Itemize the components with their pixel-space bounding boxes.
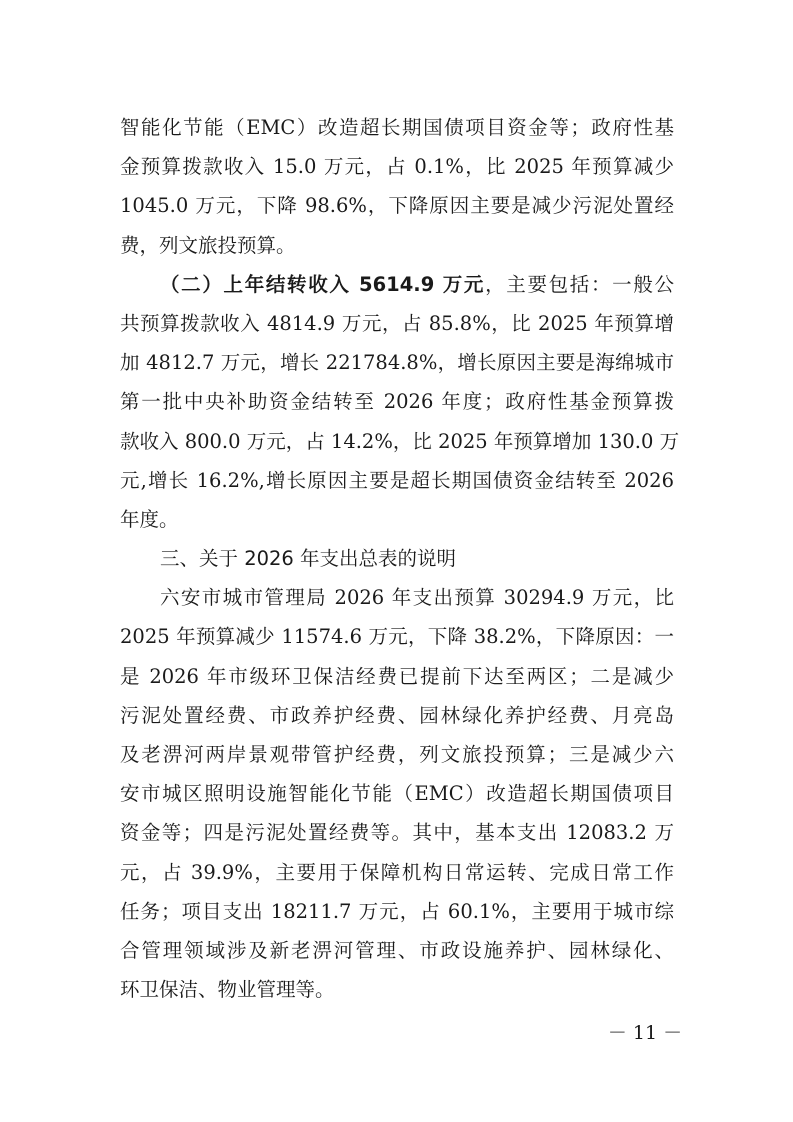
text-line: （二）上年结转收入 5614.9 万元，主要包括：一般公: [120, 265, 674, 304]
text-line: 加 4812.7 万元，增长 221784.8%，增长原因主要是海绵城市: [120, 343, 674, 382]
section-subheading: （二）上年结转收入 5614.9 万元: [160, 273, 485, 296]
section-heading: 三、关于 2026 年支出总表的说明: [120, 539, 674, 578]
text-line: 2025 年预算减少 11574.6 万元，下降 38.2%，下降原因：一: [120, 617, 674, 656]
document-page: 智能化节能（EMC）改造超长期国债项目资金等；政府性基 金预算拨款收入 15.0…: [120, 108, 674, 1009]
text-line: 六安市城市管理局 2026 年支出预算 30294.9 万元，比: [120, 578, 674, 617]
text-line: 款收入 800.0 万元，占 14.2%，比 2025 年预算增加 130.0 …: [120, 422, 674, 461]
text-run: ，主要包括：一般公: [485, 273, 674, 296]
text-line: 合管理领域涉及新老淠河管理、市政设施养护、园林绿化、: [120, 931, 674, 970]
text-line: 元，占 39.9%，主要用于保障机构日常运转、完成日常工作: [120, 853, 674, 892]
text-line: 费，列文旅投预算。: [120, 226, 674, 265]
text-line: 任务；项目支出 18211.7 万元，占 60.1%，主要用于城市综: [120, 892, 674, 931]
page-number: － 11 －: [600, 1018, 690, 1045]
text-line: 安市城区照明设施智能化节能（EMC）改造超长期国债项目: [120, 774, 674, 813]
paragraph-expenditure-summary: 六安市城市管理局 2026 年支出预算 30294.9 万元，比 2025 年预…: [120, 578, 674, 1009]
text-line: 共预算拨款收入 4814.9 万元，占 85.8%，比 2025 年预算增: [120, 304, 674, 343]
text-line: 元,增长 16.2%,增长原因主要是超长期国债资金结转至 2026: [120, 461, 674, 500]
text-line: 年度。: [120, 500, 674, 539]
text-line: 金预算拨款收入 15.0 万元，占 0.1%，比 2025 年预算减少: [120, 147, 674, 186]
paragraph-fund-income-continued: 智能化节能（EMC）改造超长期国债项目资金等；政府性基 金预算拨款收入 15.0…: [120, 108, 674, 265]
text-line: 及老淠河两岸景观带管护经费，列文旅投预算；三是减少六: [120, 735, 674, 774]
text-line: 1045.0 万元，下降 98.6%，下降原因主要是减少污泥处置经: [120, 186, 674, 225]
paragraph-carryover-income: （二）上年结转收入 5614.9 万元，主要包括：一般公 共预算拨款收入 481…: [120, 265, 674, 539]
text-line: 智能化节能（EMC）改造超长期国债项目资金等；政府性基: [120, 108, 674, 147]
text-line: 环卫保洁、物业管理等。: [120, 970, 674, 1009]
text-line: 资金等；四是污泥处置经费等。其中，基本支出 12083.2 万: [120, 813, 674, 852]
text-line: 污泥处置经费、市政养护经费、园林绿化养护经费、月亮岛: [120, 696, 674, 735]
text-line: 第一批中央补助资金结转至 2026 年度；政府性基金预算拨: [120, 382, 674, 421]
text-line: 是 2026 年市级环卫保洁经费已提前下达至两区；二是减少: [120, 657, 674, 696]
